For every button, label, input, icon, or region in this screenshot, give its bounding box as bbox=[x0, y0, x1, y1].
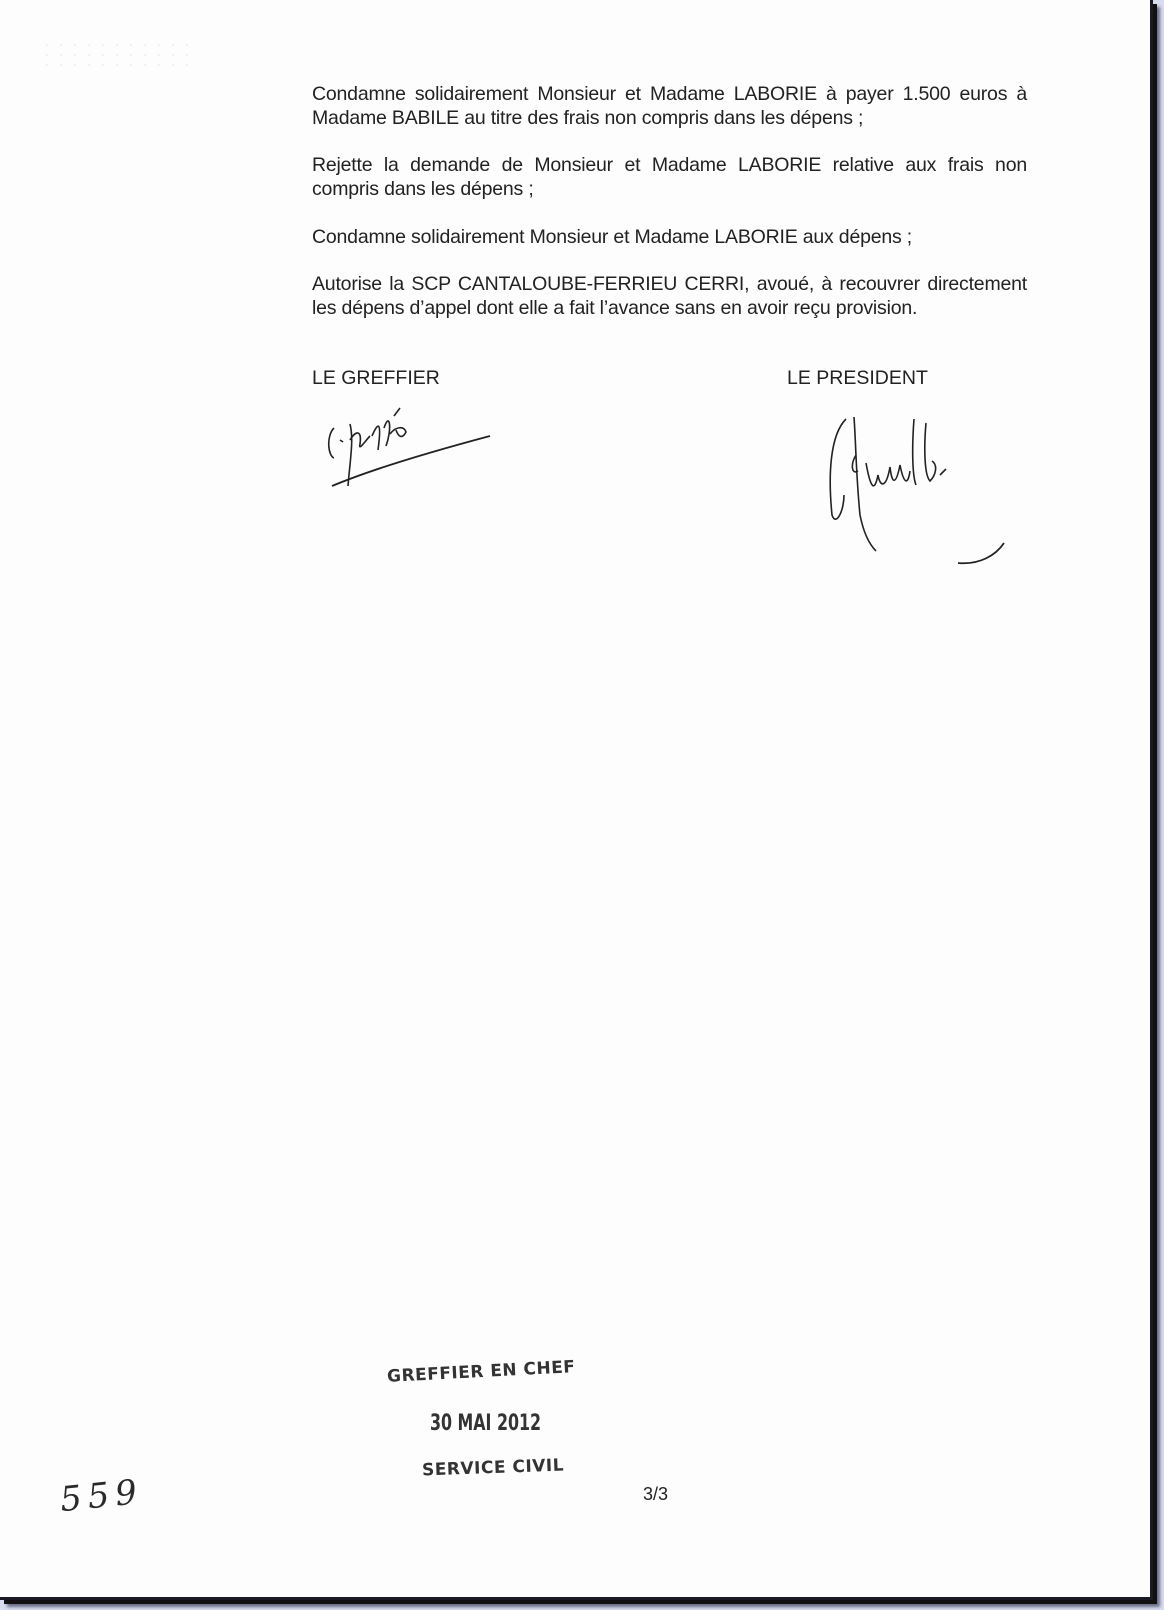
paragraph-condemnation-costs: Condamne solidairement Monsieur et Madam… bbox=[312, 82, 1027, 130]
paragraph-condemnation-depens: Condamne solidairement Monsieur et Madam… bbox=[312, 225, 1027, 249]
president-signature bbox=[820, 415, 1040, 575]
paragraph-authorisation: Autorise la SCP CANTALOUBE-FERRIEU CERRI… bbox=[312, 272, 1027, 320]
scan-speckle bbox=[40, 40, 190, 70]
paragraph-rejection: Rejette la demande de Monsieur et Madame… bbox=[312, 153, 1027, 201]
handwritten-number: 559 bbox=[58, 1472, 145, 1520]
stamp-greffier-en-chef: GREFFIER EN CHEF bbox=[387, 1357, 576, 1387]
document-page: Condamne solidairement Monsieur et Madam… bbox=[0, 0, 1153, 1600]
greffier-label: LE GREFFIER bbox=[312, 367, 440, 390]
stamp-date: 30 MAI 2012 bbox=[430, 1411, 541, 1436]
page-number: 3/3 bbox=[643, 1484, 668, 1505]
stamp-service-civil: SERVICE CIVIL bbox=[422, 1456, 565, 1481]
greffier-signature bbox=[320, 400, 500, 500]
president-label: LE PRESIDENT bbox=[787, 367, 928, 390]
